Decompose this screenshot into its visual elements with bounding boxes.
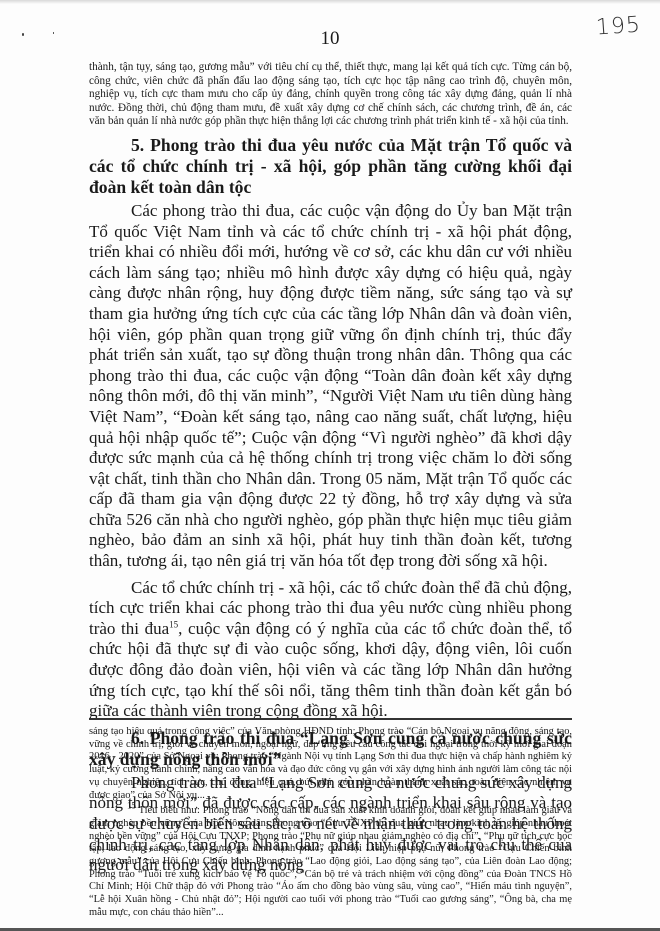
section-5-heading: 5. Phong trào thi đua yêu nước của Mặt t… [89,135,572,198]
footnote-text: Tiêu biểu như: Phong trào “Nông dân thi … [89,805,572,918]
footnote-ref-15[interactable]: 15 [169,619,178,629]
page-number: 10 [0,28,660,50]
section-5-paragraph-1: Các phong trào thi đua, các cuộc vận độn… [89,201,572,572]
footnote-continued: sáng tạo hiệu quả trong công việc” của V… [89,726,572,802]
footnote-separator [89,718,572,720]
footnote-15: 15 Tiêu biểu như: Phong trào “Nông dân t… [89,805,572,919]
scan-top-edge [0,0,660,4]
footnotes: sáng tạo hiệu quả trong công việc” của V… [89,726,572,923]
footnote-number: 15 [127,801,136,811]
section-5-paragraph-2: Các tổ chức chính trị - xã hội, các tổ c… [89,578,572,722]
intro-paragraph: thành, tận tụy, sáng tạo, gương mẫu” với… [89,61,572,129]
